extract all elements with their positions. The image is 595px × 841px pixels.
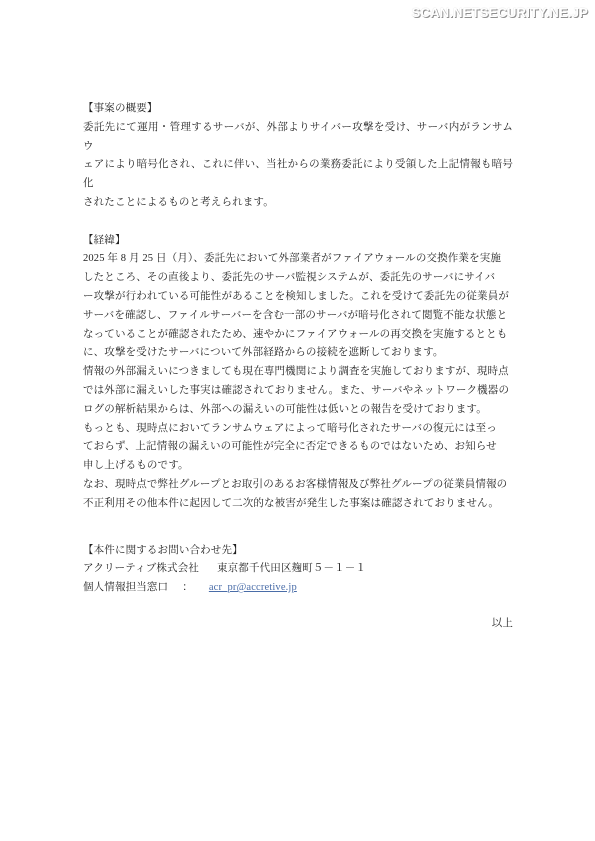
document-page: SCAN.NETSECURITY.NE.JP 【事案の概要】 委託先にて運用・管… bbox=[0, 0, 595, 841]
company-address: 東京都千代田区麹町５－１－１ bbox=[217, 560, 366, 579]
contact-email-link[interactable]: acr_pr@accretive.jp bbox=[209, 579, 297, 598]
overview-heading: 【事案の概要】 bbox=[83, 100, 513, 119]
closing-text: 以上 bbox=[83, 615, 513, 634]
contact-email-row: 個人情報担当窓口 ： acr_pr@accretive.jp bbox=[83, 579, 513, 598]
document-body: 【事案の概要】 委託先にて運用・管理するサーバが、外部よりサイバー攻撃を受け、サ… bbox=[83, 100, 513, 634]
company-name: アクリーティブ株式会社 bbox=[83, 560, 199, 579]
spacer bbox=[83, 213, 513, 232]
contact-window-label: 個人情報担当窓口 bbox=[83, 579, 168, 598]
contact-colon: ： bbox=[182, 579, 193, 598]
timeline-paragraph: 2025 年 8 月 25 日（月）、委託先において外部業者がファイアウォールの… bbox=[83, 250, 513, 513]
timeline-heading: 【経緯】 bbox=[83, 232, 513, 251]
contact-heading: 【本件に関するお問い合わせ先】 bbox=[83, 542, 513, 561]
section-contact: 【本件に関するお問い合わせ先】 アクリーティブ株式会社 東京都千代田区麹町５－１… bbox=[83, 542, 513, 598]
contact-company-row: アクリーティブ株式会社 東京都千代田区麹町５－１－１ bbox=[83, 560, 513, 579]
overview-paragraph: 委託先にて運用・管理するサーバが、外部よりサイバー攻撃を受け、サーバ内がランサム… bbox=[83, 119, 513, 213]
watermark-text: SCAN.NETSECURITY.NE.JP bbox=[412, 5, 588, 20]
section-overview: 【事案の概要】 委託先にて運用・管理するサーバが、外部よりサイバー攻撃を受け、サ… bbox=[83, 100, 513, 213]
section-timeline: 【経緯】 2025 年 8 月 25 日（月）、委託先において外部業者がファイア… bbox=[83, 232, 513, 514]
